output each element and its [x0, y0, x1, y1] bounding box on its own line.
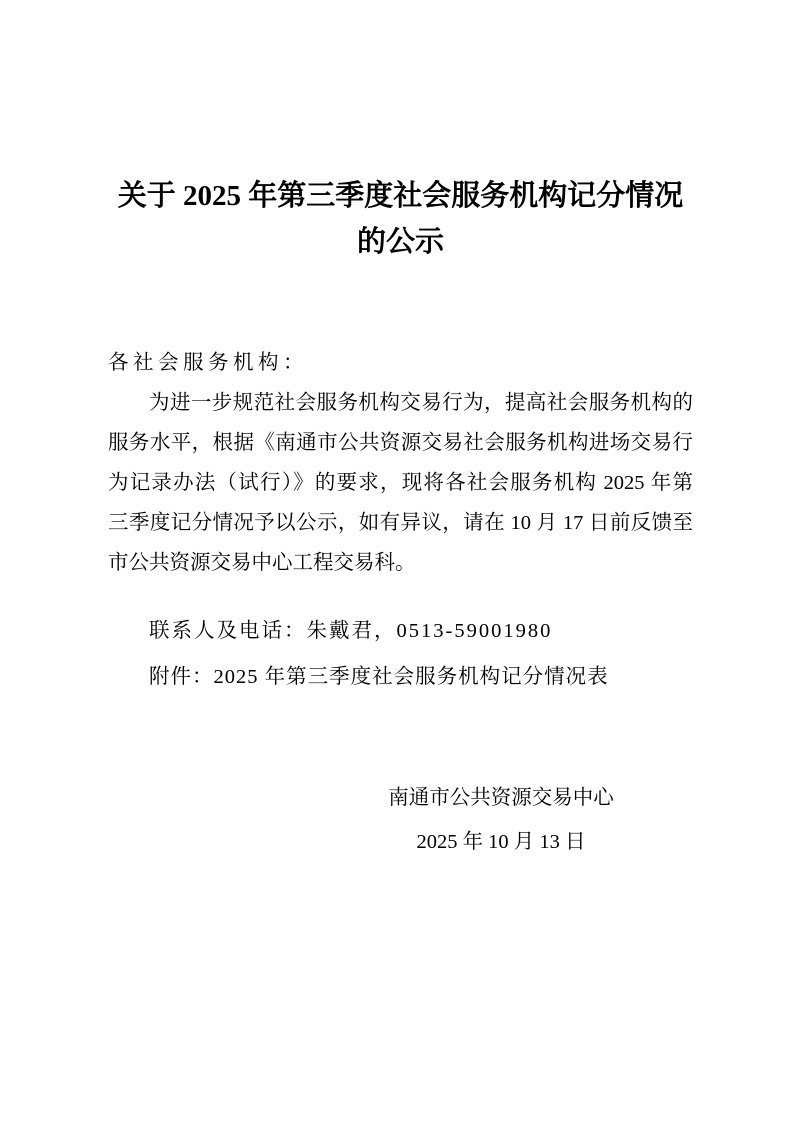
document-content: 关于 2025 年第三季度社会服务机构记分情况 的公示 各社会服务机构： 为进一… — [108, 0, 693, 697]
main-paragraph: 为进一步规范社会服务机构交易行为，提高社会服务机构的 服务水平，根据《南通市公共… — [108, 383, 693, 583]
title-line-1: 关于 2025 年第三季度社会服务机构记分情况 — [108, 173, 693, 219]
document-title: 关于 2025 年第三季度社会服务机构记分情况 的公示 — [108, 0, 693, 265]
signature-org: 南通市公共资源交易中心 — [388, 776, 614, 820]
paragraph-line: 三季度记分情况予以公示，如有异议，请在 10 月 17 日前反馈至 — [108, 503, 693, 543]
paragraph-line: 服务水平，根据《南通市公共资源交易社会服务机构进场交易行 — [108, 423, 693, 463]
attachment-line: 附件：2025 年第三季度社会服务机构记分情况表 — [108, 657, 693, 697]
contact-line: 联系人及电话：朱戴君，0513-59001980 — [108, 611, 693, 651]
paragraph-line: 为进一步规范社会服务机构交易行为，提高社会服务机构的 — [108, 383, 693, 423]
signature-date: 2025 年 10 月 13 日 — [388, 820, 614, 864]
salutation: 各社会服务机构： — [108, 343, 693, 383]
title-line-2: 的公示 — [108, 219, 693, 265]
document-page: 关于 2025 年第三季度社会服务机构记分情况 的公示 各社会服务机构： 为进一… — [0, 0, 793, 1122]
paragraph-line: 为记录办法（试行）》的要求，现将各社会服务机构 2025 年第 — [108, 463, 693, 503]
signature-block: 南通市公共资源交易中心 2025 年 10 月 13 日 — [388, 776, 614, 864]
paragraph-line: 市公共资源交易中心工程交易科。 — [108, 543, 693, 583]
